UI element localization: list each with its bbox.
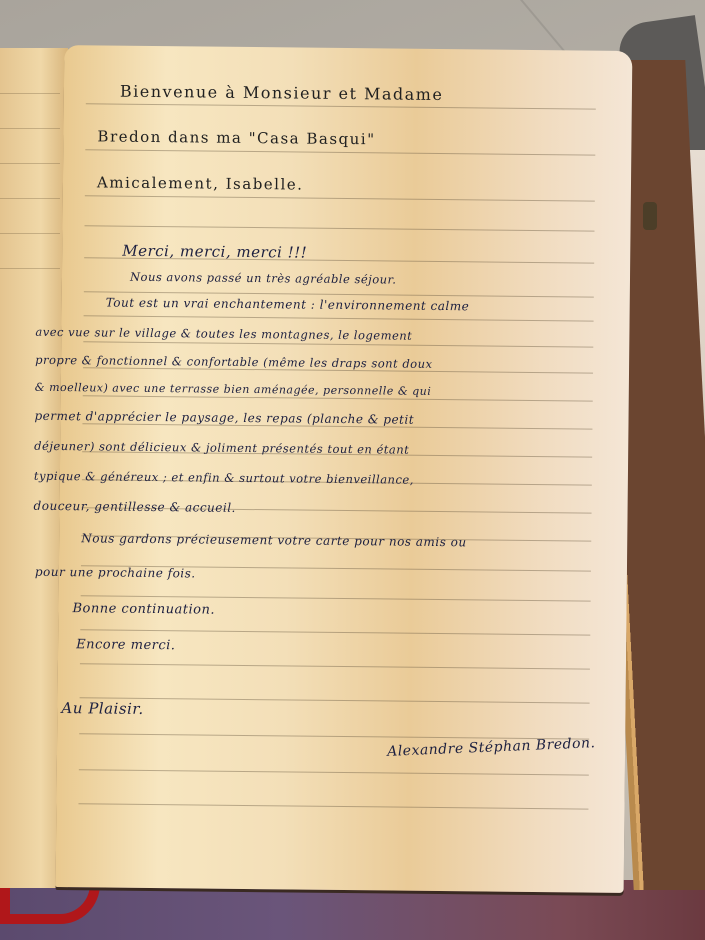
message-line: douceur, gentillesse & accueil. [34, 499, 236, 515]
message-line: typique & généreux ; et enfin & surtout … [34, 469, 414, 487]
message-line: Encore merci. [76, 637, 175, 653]
message-line: avec vue sur le village & toutes les mon… [35, 325, 412, 343]
message-line: Nous gardons précieusement votre carte p… [81, 531, 466, 549]
closing-text: Au Plaisir. [61, 699, 143, 718]
welcome-line-2: Bredon dans ma "Casa Basqui" [97, 127, 375, 148]
signature: Alexandre Stéphan Bredon. [387, 735, 596, 760]
message-line: Nous avons passé un très agréable séjour… [130, 270, 397, 287]
message-line: déjeuner) sont délicieux & joliment prés… [34, 439, 409, 457]
welcome-line-1: Bienvenue à Monsieur et Madame [120, 82, 444, 104]
message-line: Merci, merci, merci !!! [122, 242, 307, 262]
guestbook-page: Bienvenue à Monsieur et Madame Bredon da… [56, 45, 633, 893]
message-line: pour une prochaine fois. [35, 565, 196, 581]
message-line: Tout est un vrai enchantement : l'enviro… [106, 295, 470, 313]
message-line: Bonne continuation. [72, 601, 215, 617]
book-clasp [643, 202, 657, 230]
welcome-line-3: Amicalement, Isabelle. [97, 173, 304, 193]
